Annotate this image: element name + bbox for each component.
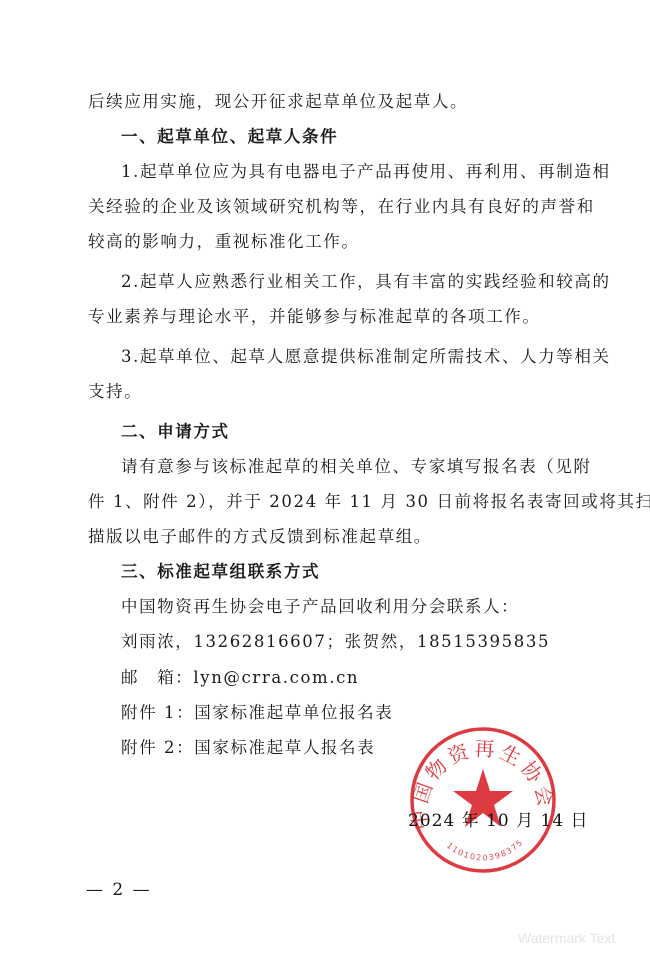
body-text-line: 请有意参与该标准起草的相关单位、专家填写报名表（见附 [121, 457, 592, 477]
body-text-line: 1.起草单位应为具有电器电子产品再使用、再利用、再制造相 [121, 162, 611, 182]
body-text-line: 支持。 [88, 382, 142, 402]
body-text-line: 邮 箱：lyn@crra.com.cn [121, 668, 359, 688]
body-text-line: 3.起草单位、起草人愿意提供标准制定所需技术、人力等相关 [121, 347, 611, 367]
section-heading: 二、申请方式 [121, 422, 230, 442]
body-text-line: 中国物资再生协会电子产品回收利用分会联系人： [121, 597, 519, 617]
body-text-line: 较高的影响力，重视标准化工作。 [88, 232, 360, 252]
section-heading: 一、起草单位、起草人条件 [121, 127, 338, 147]
body-text-line: 关经验的企业及该领域研究机构等，在行业内具有良好的声誉和 [88, 197, 595, 217]
body-text-line: 附件 2：国家标准起草人报名表 [121, 738, 375, 758]
section-heading: 三、标准起草组联系方式 [121, 562, 320, 582]
body-text-line: 件 1、附件 2），并于 2024 年 11 月 30 日前将报名表寄回或将其扫 [88, 492, 650, 512]
body-text-line: 2.起草人应熟悉行业相关工作，具有丰富的实践经验和较高的 [121, 272, 611, 292]
svg-text:1101020398375: 1101020398375 [445, 837, 525, 862]
body-text-line: 描版以电子邮件的方式反馈到标准起草组。 [88, 527, 432, 547]
watermark-text: Watermark Text [518, 930, 615, 946]
page-number: — 2 — [86, 880, 152, 900]
body-text-line: 附件 1：国家标准起草单位报名表 [121, 703, 393, 723]
signature-date: 2024 年 10 月 14 日 [408, 806, 589, 831]
body-text-line: 刘雨浓，13262816607；张贺然，18515395835 [121, 632, 550, 652]
body-text-line: 专业素养与理论水平，并能够参与标准起草的各项工作。 [88, 307, 541, 327]
body-text-line: 后续应用实施，现公开征求起草单位及起草人。 [88, 92, 468, 112]
official-seal-icon: 中国物资再生协会 1101020398375 [408, 725, 558, 875]
